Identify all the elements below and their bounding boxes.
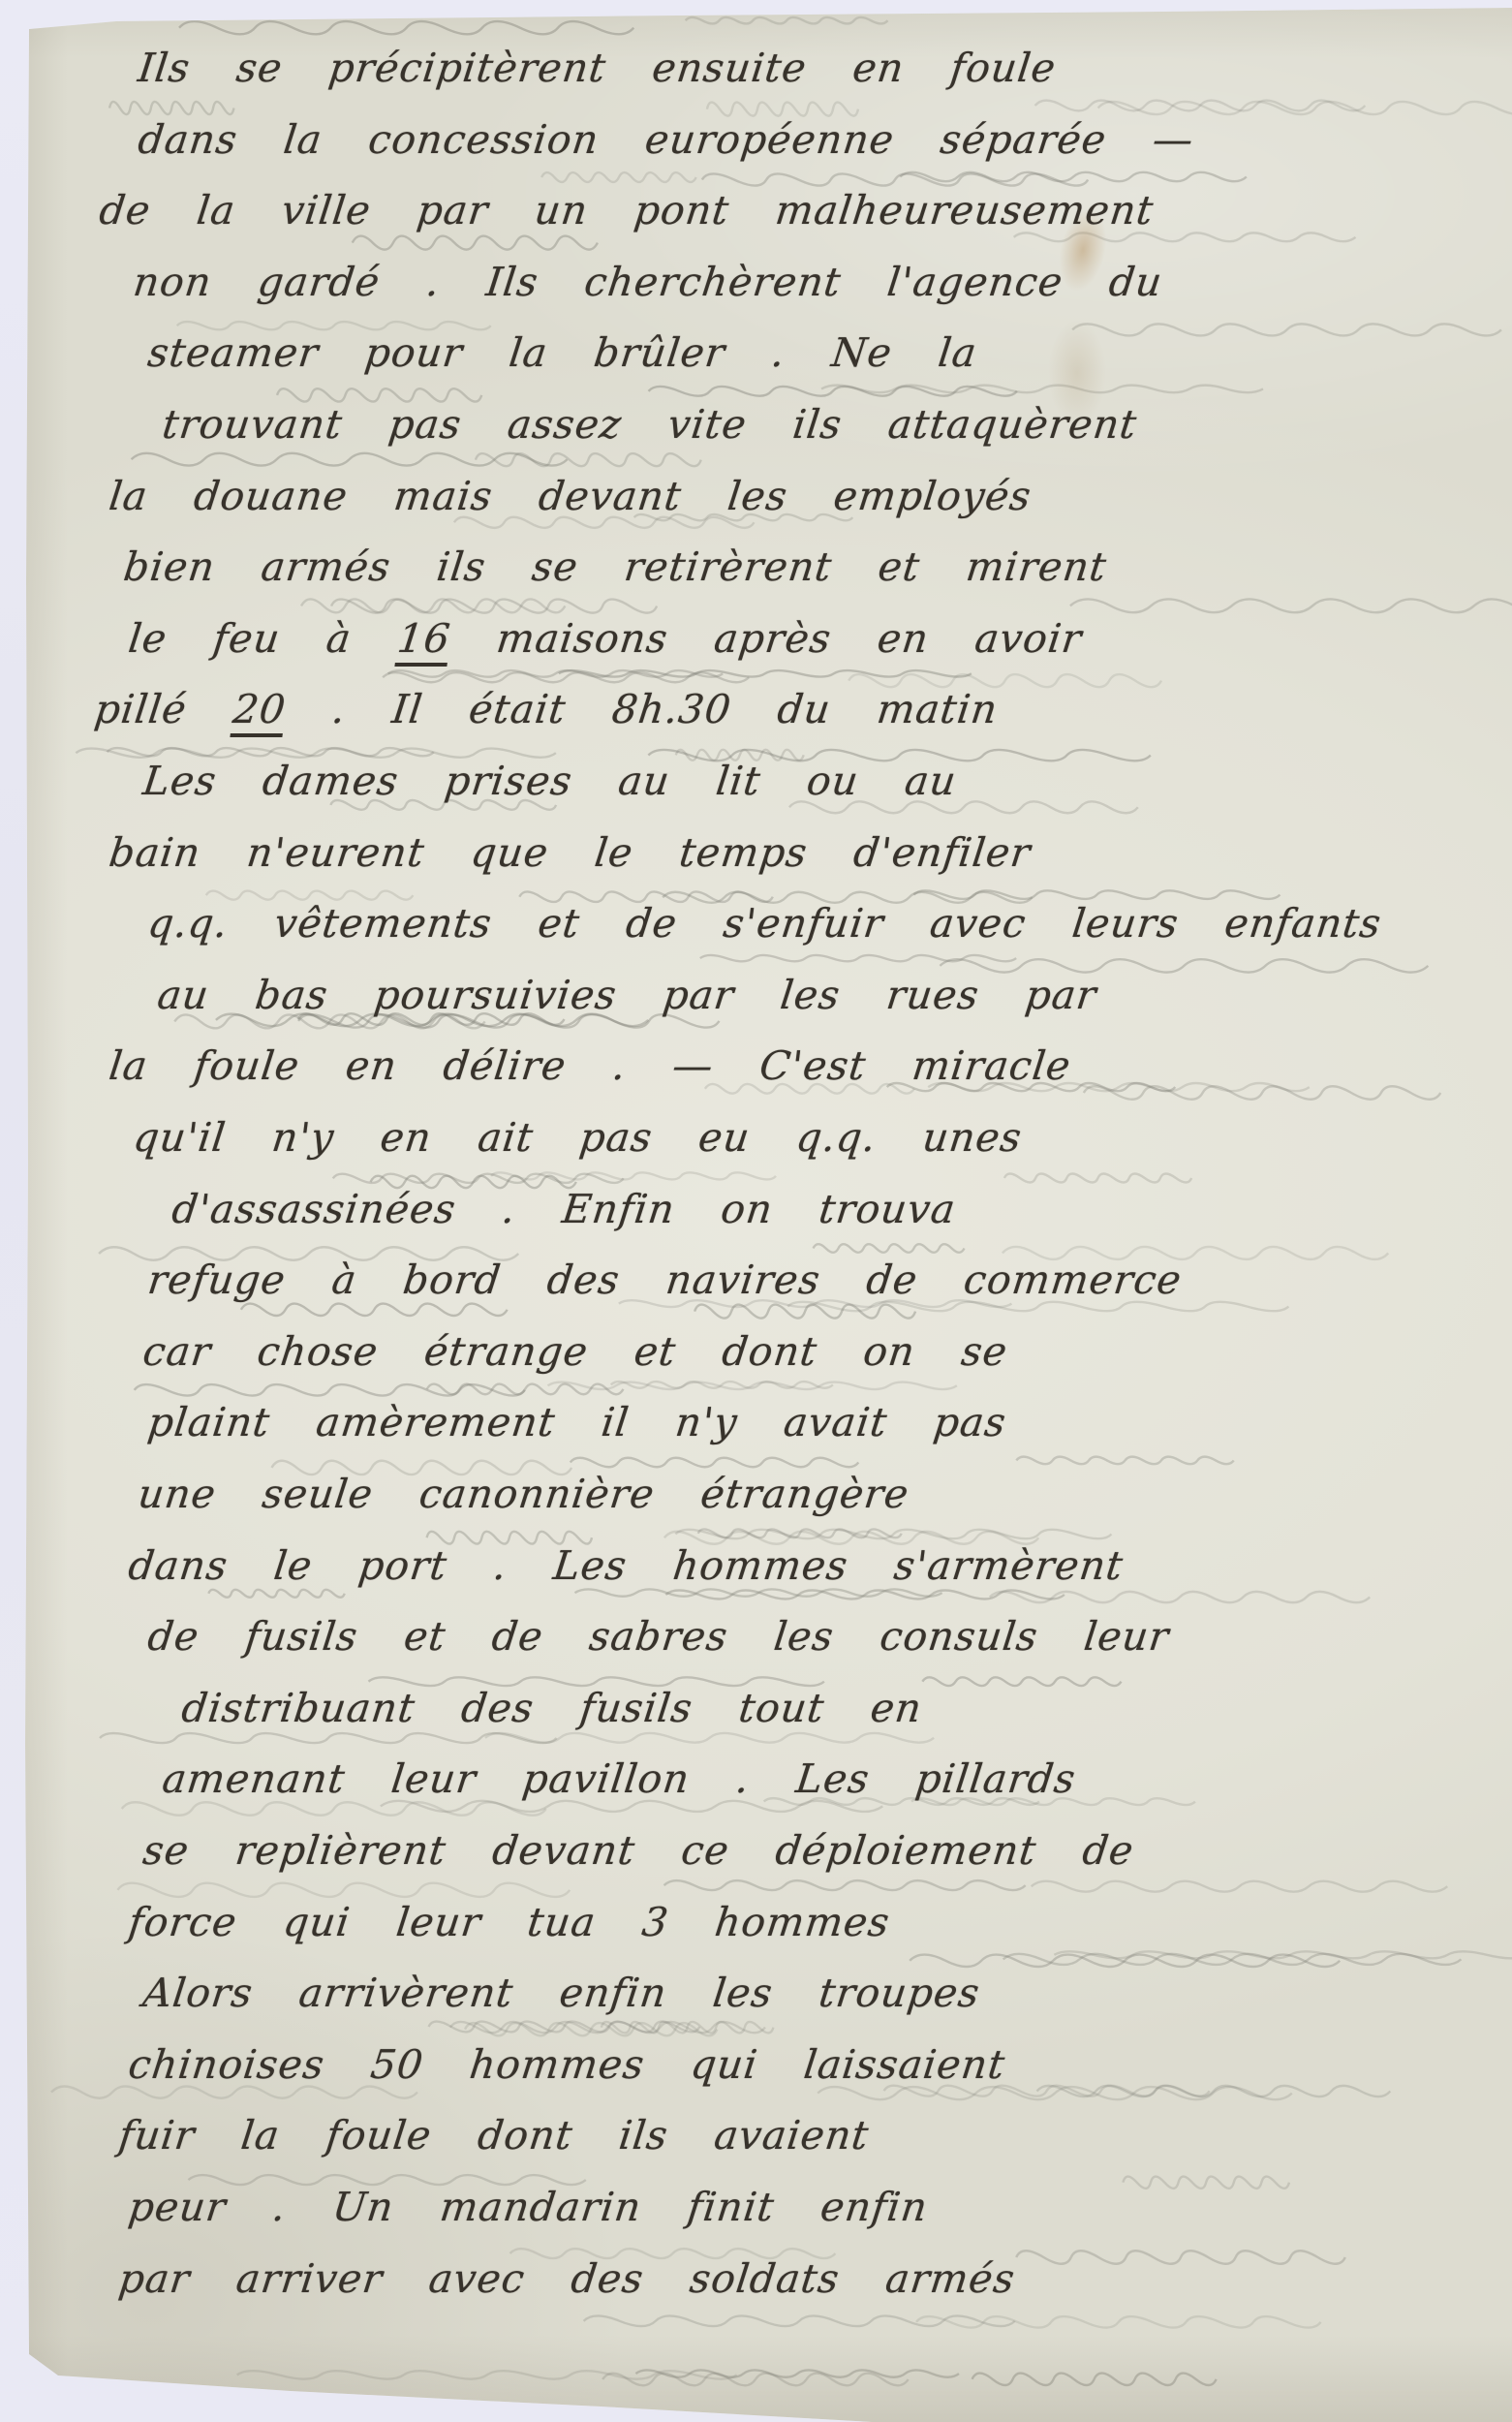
underlined-number: 20 <box>230 686 289 737</box>
letter-line: peur . Un mandarin finit enfin <box>126 2184 931 2230</box>
letter-line: pillé 20 . Il était 8h.30 du matin <box>92 686 1001 732</box>
letter-line: distribuant des fusils tout en <box>179 1685 925 1731</box>
letter-line: car chose étrange et dont on se <box>140 1328 1010 1375</box>
letter-line: une seule canonnière étrangère <box>136 1471 911 1517</box>
letter-line: plaint amèrement il n'y avait pas <box>145 1399 1009 1445</box>
letter-page: Ils se précipitèrent ensuite en fouledan… <box>0 0 1512 2422</box>
letter-line: amenant leur pavillon . Les pillards <box>160 1755 1079 1802</box>
letter-line: dans le port . Les hommes s'armèrent <box>126 1542 1126 1589</box>
letter-body: Ils se précipitèrent ensuite en fouledan… <box>0 0 1512 2422</box>
underlined-number: 16 <box>394 615 453 667</box>
letter-line: bain n'eurent que le temps d'enfiler <box>107 829 1034 876</box>
letter-line: refuge à bord des navires de commerce <box>145 1257 1185 1303</box>
letter-line: q.q. vêtements et de s'enfuir avec leurs… <box>145 900 1384 947</box>
letter-line: se replièrent devant ce déploiement de <box>140 1827 1136 1874</box>
letter-line: non gardé . Ils cherchèrent l'agence du <box>131 259 1165 305</box>
letter-line: de la ville par un pont malheureusement <box>97 187 1157 233</box>
letter-line: la douane mais devant les employés <box>107 473 1034 519</box>
letter-line: dans la concession européenne séparée — <box>136 116 1196 163</box>
letter-line: par arriver avec des soldats armés <box>116 2255 1018 2302</box>
letter-line: chinoises 50 hommes qui laissaient <box>126 2041 1008 2088</box>
letter-line: trouvant pas assez vite ils attaquèrent <box>160 401 1140 448</box>
letter-line: force qui leur tua 3 hommes <box>126 1899 892 1945</box>
letter-line: la foule en délire . — C'est miracle <box>107 1042 1073 1089</box>
letter-line: qu'il n'y en ait pas eu q.q. unes <box>131 1114 1025 1161</box>
letter-line: steamer pour la brûler . Ne la <box>145 329 980 376</box>
letter-line: bien armés ils se retirèrent et mirent <box>121 543 1109 590</box>
letter-line: fuir la foule dont ils avaient <box>116 2112 872 2158</box>
letter-line: Alors arrivèrent enfin les troupes <box>140 1970 983 2016</box>
letter-line: de fusils et de sabres les consuls leur <box>145 1613 1172 1660</box>
letter-line: d'assassinées . Enfin on trouva <box>170 1186 959 1232</box>
letter-line: Ils se précipitèrent ensuite en foule <box>136 45 1059 91</box>
letter-line: au bas poursuivies par les rues par <box>155 972 1099 1018</box>
letter-line: Les dames prises au lit ou au <box>140 758 959 804</box>
letter-line: le feu à 16 maisons après en avoir <box>126 615 1085 662</box>
